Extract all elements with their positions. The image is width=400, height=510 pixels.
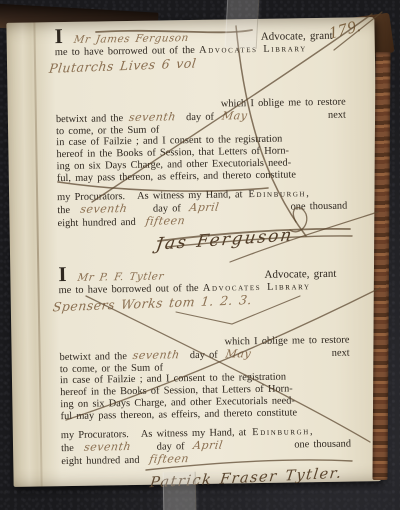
advocate-grant-text: Advocate, grant — [264, 269, 336, 282]
advocate-grant-text: Advocate, grant — [261, 31, 333, 44]
holding-strap-bottom — [163, 472, 197, 510]
opening-initial: I — [54, 29, 63, 43]
book-fore-edge — [373, 52, 391, 480]
book-title-handwritten: Plutarchs Lives 6 vol — [48, 57, 197, 74]
signing-month-handwritten: April — [192, 440, 223, 452]
signing-year-handwritten: fifteen — [145, 215, 186, 228]
ledger-page: 179. I Mr James Ferguson Advocate, grant… — [6, 17, 381, 487]
edinburgh-text: Edinburgh, — [252, 426, 314, 439]
borrowing-entry-tytler: I Mr P. F. Tytler Advocate, grant me to … — [58, 263, 353, 488]
signing-month-handwritten: April — [188, 202, 219, 214]
page-gutter-crease — [33, 22, 42, 486]
book-title-handwritten: Spensers Works tom 1. 2. 3. — [52, 294, 253, 313]
restore-month-handwritten: May — [225, 348, 252, 360]
restore-day-handwritten: seventh — [128, 111, 177, 124]
signing-year-handwritten: fifteen — [149, 453, 190, 466]
borrowing-entry-ferguson: I Mr James Ferguson Advocate, grant me t… — [54, 25, 349, 248]
book-photograph: 179. I Mr James Ferguson Advocate, grant… — [0, 0, 400, 510]
restore-month-handwritten: May — [221, 110, 248, 122]
holding-strap-top — [225, 0, 260, 49]
restore-day-handwritten: seventh — [132, 349, 181, 362]
signing-day-handwritten: seventh — [83, 441, 132, 454]
opening-initial: I — [58, 267, 67, 281]
borrower-signature: Jas Ferguson — [155, 226, 350, 251]
edinburgh-text: Edinburgh, — [248, 188, 310, 201]
signing-day-handwritten: seventh — [79, 203, 128, 216]
library-name: Advocates Library — [203, 281, 311, 294]
